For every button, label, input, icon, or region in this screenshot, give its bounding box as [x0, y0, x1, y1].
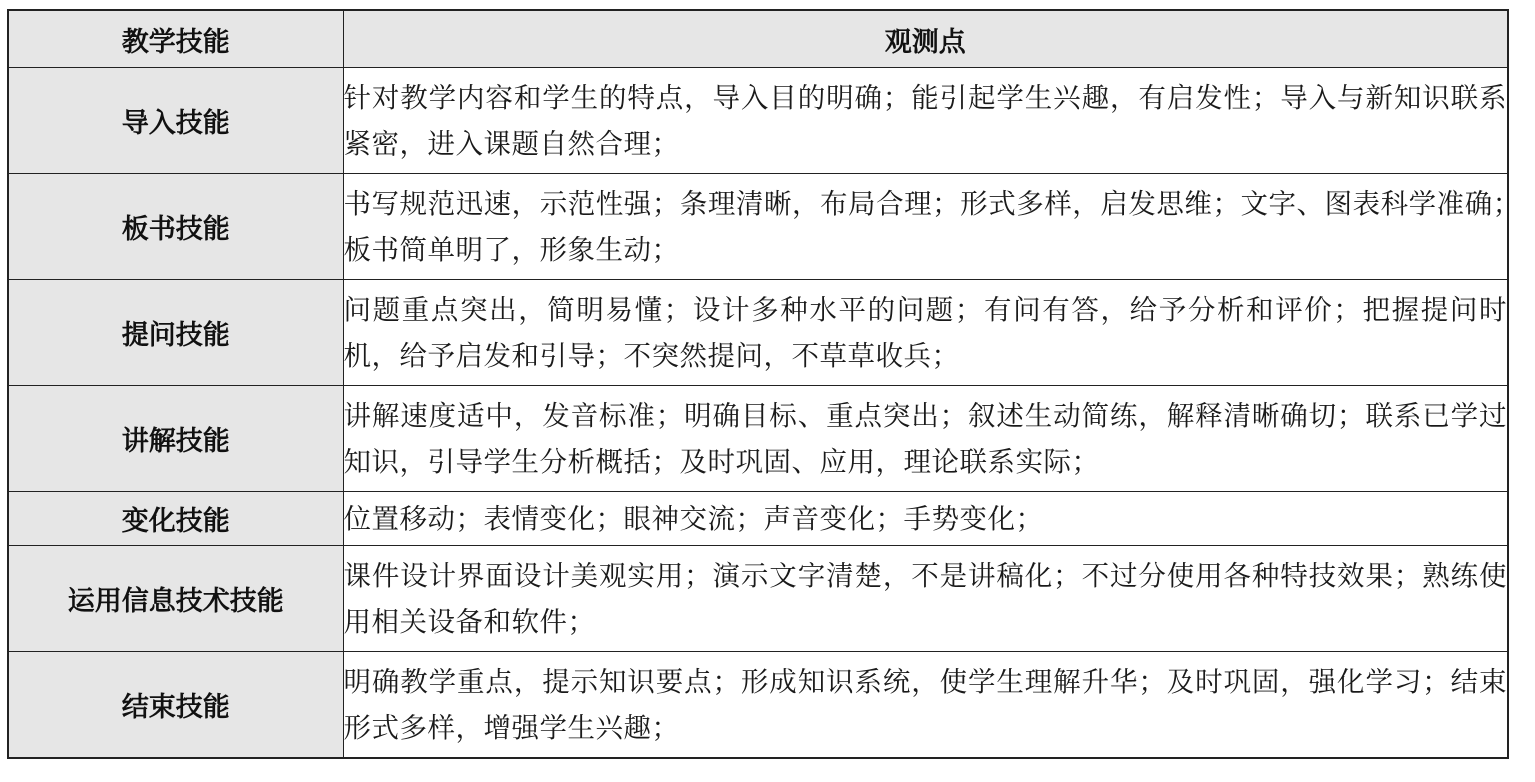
table-row: 运用信息技术技能 课件设计界面设计美观实用；演示文字清楚，不是讲稿化；不过分使用… [8, 546, 1508, 652]
teaching-skills-table-container: 教学技能 观测点 导入技能 针对教学内容和学生的特点，导入目的明确；能引起学生兴… [7, 9, 1507, 759]
teaching-skills-table: 教学技能 观测点 导入技能 针对教学内容和学生的特点，导入目的明确；能引起学生兴… [7, 9, 1509, 759]
skill-cell: 运用信息技术技能 [8, 546, 343, 652]
skill-cell: 结束技能 [8, 652, 343, 759]
observation-points-cell: 位置移动；表情变化；眼神交流；声音变化；手势变化； [343, 492, 1508, 546]
table-header-row: 教学技能 观测点 [8, 10, 1508, 68]
skill-cell: 变化技能 [8, 492, 343, 546]
observation-points-cell: 书写规范迅速，示范性强；条理清晰，布局合理；形式多样，启发思维；文字、图表科学准… [343, 174, 1508, 280]
skill-cell: 导入技能 [8, 68, 343, 174]
table-row: 讲解技能 讲解速度适中，发音标准；明确目标、重点突出；叙述生动简练，解释清晰确切… [8, 386, 1508, 492]
table-row: 变化技能 位置移动；表情变化；眼神交流；声音变化；手势变化； [8, 492, 1508, 546]
table-row: 提问技能 问题重点突出，简明易懂；设计多种水平的问题；有问有答，给予分析和评价；… [8, 280, 1508, 386]
skill-cell: 提问技能 [8, 280, 343, 386]
skill-cell: 板书技能 [8, 174, 343, 280]
skill-cell: 讲解技能 [8, 386, 343, 492]
column-header-observation-points: 观测点 [343, 10, 1508, 68]
observation-points-cell: 课件设计界面设计美观实用；演示文字清楚，不是讲稿化；不过分使用各种特技效果；熟练… [343, 546, 1508, 652]
table-row: 板书技能 书写规范迅速，示范性强；条理清晰，布局合理；形式多样，启发思维；文字、… [8, 174, 1508, 280]
table-row: 导入技能 针对教学内容和学生的特点，导入目的明确；能引起学生兴趣，有启发性；导入… [8, 68, 1508, 174]
column-header-skill: 教学技能 [8, 10, 343, 68]
observation-points-cell: 针对教学内容和学生的特点，导入目的明确；能引起学生兴趣，有启发性；导入与新知识联… [343, 68, 1508, 174]
table-row: 结束技能 明确教学重点，提示知识要点；形成知识系统，使学生理解升华；及时巩固，强… [8, 652, 1508, 759]
observation-points-cell: 问题重点突出，简明易懂；设计多种水平的问题；有问有答，给予分析和评价；把握提问时… [343, 280, 1508, 386]
observation-points-cell: 讲解速度适中，发音标准；明确目标、重点突出；叙述生动简练，解释清晰确切；联系已学… [343, 386, 1508, 492]
observation-points-cell: 明确教学重点，提示知识要点；形成知识系统，使学生理解升华；及时巩固，强化学习；结… [343, 652, 1508, 759]
